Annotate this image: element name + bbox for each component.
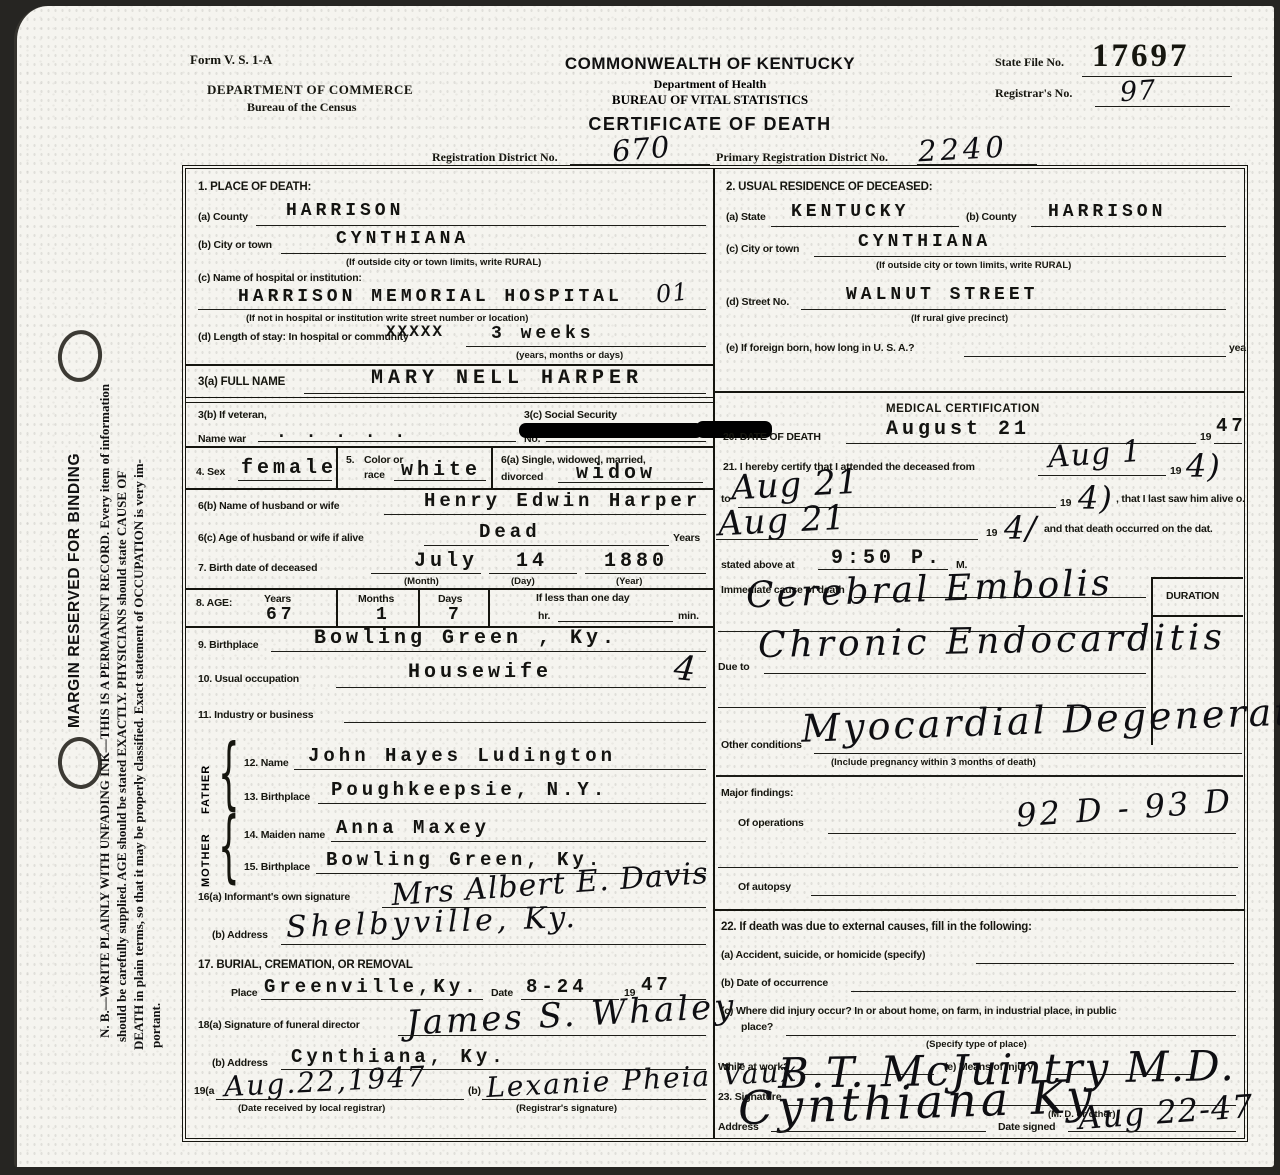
pod-hospital-line	[198, 309, 706, 310]
mother-name-line	[331, 841, 706, 842]
sep-box1-bottom	[186, 364, 713, 366]
occupation-label: 10. Usual occupation	[198, 673, 299, 685]
informant-addr-label: (b) Address	[212, 929, 268, 941]
res-county-label: (b) County	[966, 211, 1017, 223]
registrar-sig-note: (Registrar's signature)	[516, 1103, 617, 1114]
of-autopsy-label: Of autopsy	[738, 881, 791, 893]
dod-line	[846, 443, 1196, 444]
race-value: white	[401, 459, 481, 482]
certificate-title: CERTIFICATE OF DEATH	[450, 114, 970, 135]
from-year-hand: 4)	[1186, 447, 1221, 485]
pod-stay-note: (years, months or days)	[516, 350, 623, 361]
veteran-line	[258, 441, 516, 442]
birthplace-label: 9. Birthplace	[198, 639, 258, 651]
residence-title: 2. USUAL RESIDENCE OF DECEASED:	[726, 181, 932, 193]
age-divider-1	[336, 588, 338, 626]
birth-year-note: (Year)	[616, 576, 642, 587]
res-county-value: HARRISON	[1048, 202, 1166, 222]
funeral-sig-line	[398, 1035, 706, 1036]
age-days-value: 7	[448, 605, 463, 625]
registrar-date-line	[216, 1099, 464, 1100]
age-label: 8. AGE:	[196, 597, 232, 609]
race-number: 5.	[346, 454, 354, 466]
margin-note-line4: portant.	[148, 978, 164, 1048]
mother-name-value: Anna Maxey	[336, 817, 490, 839]
attended-from-line	[1038, 475, 1166, 476]
res-street-line	[801, 309, 1226, 310]
occupation-line	[336, 687, 706, 688]
sep-age-top	[186, 588, 713, 590]
res-foreign-line	[964, 356, 1226, 357]
res-foreign-label: (e) If foreign born, how long in U. S. A…	[726, 342, 914, 354]
veteran-label2: Name war	[198, 433, 246, 445]
certify-text-2: , that I last saw him alive o.	[1116, 493, 1245, 505]
primary-district-value: 2240	[917, 130, 1008, 169]
due-to-label: Due to	[718, 661, 749, 673]
res-foreign-suffix: yea	[1229, 342, 1246, 354]
spouse-age-value: Dead	[479, 521, 541, 543]
father-bp-label: 13. Birthplace	[244, 791, 310, 803]
burial-place-label: Place	[231, 987, 257, 999]
ext-c-line	[786, 1035, 1236, 1036]
place-of-death-title: 1. PLACE OF DEATH:	[198, 181, 311, 193]
pod-city-note: (If outside city or town limits, write R…	[346, 257, 541, 268]
birthdate-label: 7. Birth date of deceased	[198, 562, 317, 574]
date-signed-line	[1068, 1131, 1236, 1132]
dod-value: August 21	[886, 418, 1030, 441]
major-findings-label: Major findings:	[721, 787, 793, 799]
father-name-label: 12. Name	[244, 757, 289, 769]
saw-year-hand: 4/	[1004, 509, 1037, 547]
date-signed-handwriting: Aug 22-47	[1077, 1087, 1255, 1137]
pod-city-value: CYNTHIANA	[336, 229, 469, 249]
birthplace-value: Bowling Green , Ky.	[314, 627, 618, 650]
age-days-label: Days	[438, 593, 462, 605]
due-to-line-1	[764, 673, 1146, 674]
veteran-label: 3(b) If veteran,	[198, 409, 267, 421]
ssn-line	[546, 441, 706, 442]
registrar-label-a: 19(a	[194, 1085, 214, 1097]
res-county-line	[1031, 226, 1226, 227]
birth-month-note: (Month)	[404, 576, 439, 587]
marital-line	[558, 482, 703, 483]
mother-side-label: MOTHER	[200, 817, 212, 887]
father-side-label: FATHER	[200, 744, 212, 814]
birth-day-line	[489, 573, 577, 574]
age-min-label: min.	[678, 610, 699, 622]
duration-label: DURATION	[1166, 590, 1219, 602]
date-signed-label: Date signed	[998, 1121, 1055, 1133]
registrar-label-b: (b)	[468, 1085, 481, 1097]
full-name-label: 3(a) FULL NAME	[198, 376, 285, 388]
margin-binding-text: MARGIN RESERVED FOR BINDING	[66, 383, 84, 728]
dod-year-line	[1214, 443, 1242, 444]
res-city-value: CYNTHIANA	[858, 232, 991, 252]
ext-a-line	[976, 963, 1234, 964]
age-months-value: 1	[376, 605, 391, 625]
bureau-census: Bureau of the Census	[247, 100, 356, 115]
findings-mid-line	[718, 867, 1238, 868]
burial-title: 17. BURIAL, CREMATION, OR REMOVAL	[198, 959, 413, 971]
race-label2: race	[364, 469, 385, 481]
dod-label: 20. DATE OF DEATH	[723, 431, 821, 443]
industry-label: 11. Industry or business	[198, 709, 313, 721]
primary-district-label: Primary Registration District No.	[716, 150, 888, 165]
age-hr-line	[558, 621, 673, 622]
registrar-sig-line	[482, 1099, 706, 1100]
registrar-no-line	[1095, 106, 1230, 107]
spouse-age-line	[424, 545, 669, 546]
findings-top-line	[716, 775, 1243, 777]
to-19: 19	[1060, 497, 1071, 509]
of-operations-label: Of operations	[738, 817, 804, 829]
pod-stay-label: (d) Length of stay: In hospital or commu…	[198, 331, 409, 343]
birthplace-line	[271, 651, 706, 652]
state-file-label: State File No.	[995, 55, 1064, 70]
birth-day-note: (Day)	[511, 576, 535, 587]
of-autopsy-line	[811, 895, 1236, 896]
race-marital-divider	[491, 446, 493, 488]
pod-hospital-hand: 01	[655, 277, 690, 308]
pod-hospital-value: HARRISON MEMORIAL HOSPITAL	[238, 287, 623, 307]
margin-note-line1: N. B.—WRITE PLAINLY WITH UNFADING INK—TH…	[97, 73, 113, 1038]
pod-city-label: (b) City or town	[198, 239, 272, 251]
res-state-label: (a) State	[726, 211, 766, 223]
last-saw-line	[716, 539, 978, 540]
margin-note-line3: DEATH in plain terms, so that it may be …	[131, 55, 147, 1050]
other-conditions-label: Other conditions	[721, 739, 802, 751]
commonwealth-title: COMMONWEALTH OF KENTUCKY	[450, 54, 970, 74]
sep-box2-bottom	[713, 391, 1244, 393]
occupation-hand-mark: 4	[672, 648, 699, 690]
ext-b-line	[851, 991, 1236, 992]
spouse-label: 6(b) Name of husband or wife	[198, 500, 339, 512]
dept-health: Department of Health	[450, 77, 970, 92]
veteran-value: . . . . .	[276, 423, 409, 443]
age-hr-label: hr.	[538, 610, 550, 622]
res-street-label: (d) Street No.	[726, 296, 789, 308]
informant-addr-line	[281, 944, 706, 945]
pod-stay-value: 3 weeks	[491, 324, 595, 344]
industry-line	[344, 722, 706, 723]
mother-brace: {	[218, 801, 240, 893]
funeral-addr-label: (b) Address	[212, 1057, 268, 1069]
age-years-label: Years	[264, 593, 291, 605]
full-name-value: MARY NELL HARPER	[371, 367, 643, 390]
sex-label: 4. Sex	[196, 466, 225, 478]
state-file-number: 17697	[1092, 38, 1190, 75]
res-state-line	[771, 226, 959, 227]
other-conditions-line	[814, 753, 1242, 754]
pod-county-line	[256, 225, 706, 226]
saw-19: 19	[986, 527, 997, 539]
ext-b-label: (b) Date of occurrence	[721, 977, 828, 989]
state-file-line	[1082, 76, 1232, 77]
last-saw-hand: Aug 21	[717, 498, 847, 545]
pod-city-line	[281, 253, 706, 254]
duration-box: DURATION	[1151, 577, 1243, 617]
race-line	[394, 480, 486, 481]
res-street-value: WALNUT STREET	[846, 285, 1038, 305]
spouse-age-suffix: Years	[673, 532, 700, 544]
scanned-death-certificate: MARGIN RESERVED FOR BINDING N. B.—WRITE …	[0, 0, 1280, 1175]
certificate-body: 1. PLACE OF DEATH: (a) County HARRISON (…	[185, 168, 1245, 1139]
race-label: Color or	[364, 454, 403, 466]
header-center: COMMONWEALTH OF KENTUCKY Department of H…	[450, 54, 970, 135]
birth-month-value: July	[414, 550, 478, 573]
pod-stay-line	[466, 346, 706, 347]
occupation-value: Housewife	[408, 661, 552, 684]
of-operations-line	[828, 833, 1236, 834]
bureau-vital: BUREAU OF VITAL STATISTICS	[450, 92, 970, 108]
sex-value: female	[241, 457, 337, 480]
ssn-redaction-bar	[519, 423, 703, 438]
birth-month-line	[371, 573, 481, 574]
dod-19: 19	[1200, 431, 1211, 443]
mother-name-label: 14. Maiden name	[244, 829, 325, 841]
birth-day-value: 14	[516, 550, 548, 573]
physician-addr-line	[771, 1131, 986, 1132]
reg-district-value: 670	[611, 130, 672, 169]
age-less-label: If less than one day	[536, 592, 629, 604]
informant-address: Shelbyville, Ky.	[285, 900, 579, 945]
margin-note-line2: should be carefully supplied. AGE should…	[114, 77, 130, 1042]
other-conditions-note: (Include pregnancy within 3 months of de…	[831, 757, 1036, 768]
pod-stay-x: XXXXX	[386, 323, 444, 341]
mother-bp-label: 15. Birthplace	[244, 861, 310, 873]
medical-title: MEDICAL CERTIFICATION	[886, 403, 1040, 415]
res-city-line	[814, 256, 1226, 257]
age-months-label: Months	[358, 593, 394, 605]
ext-a-label: (a) Accident, suicide, or homicide (spec…	[721, 949, 925, 961]
attended-from-hand: Aug 1	[1047, 434, 1143, 475]
pod-county-label: (a) County	[198, 211, 248, 223]
ssn-label: 3(c) Social Security	[524, 409, 617, 421]
ext-c-label-1: (c) Where did injury occur? In or about …	[721, 1005, 1116, 1017]
to-year-hand: 4)	[1078, 479, 1113, 517]
birth-year-line	[585, 573, 706, 574]
father-name-value: John Hayes Ludington	[308, 745, 616, 767]
age-divider-3	[488, 588, 490, 626]
sep-veteran-bottom	[186, 446, 713, 448]
res-street-note: (If rural give precinct)	[911, 313, 1008, 324]
res-city-label: (c) City or town	[726, 243, 799, 255]
dept-commerce: DEPARTMENT OF COMMERCE	[207, 82, 413, 98]
cause-handwriting: Cerebral Embolis	[745, 563, 1113, 617]
informant-sig-label: 16(a) Informant's own signature	[198, 891, 350, 903]
form-number: Form V. S. 1-A	[190, 52, 272, 68]
registrar-date-note: (Date received by local registrar)	[238, 1103, 385, 1114]
time-of-death-value: 9:50 P.	[831, 547, 943, 570]
pod-hospital-label: (c) Name of hospital or institution:	[198, 272, 362, 284]
father-bp-line	[318, 803, 706, 804]
registrar-no-label: Registrar's No.	[995, 86, 1072, 101]
burial-place-line	[261, 999, 483, 1000]
certify-text-3: and that death occurred on the dat.	[1044, 523, 1213, 535]
reg-district-label: Registration District No.	[432, 150, 558, 165]
external-title: 22. If death was due to external causes,…	[721, 921, 1032, 933]
from-19: 19	[1170, 465, 1181, 477]
age-years-value: 67	[266, 605, 296, 625]
due-to-handwriting: Chronic Endocarditis	[758, 617, 1227, 666]
ext-c-label-2: place?	[741, 1021, 773, 1033]
father-name-line	[294, 769, 706, 770]
age-divider-2	[418, 588, 420, 626]
burial-place-value: Greenville,Ky.	[264, 976, 480, 998]
registrar-no-value: 97	[1119, 75, 1157, 108]
other-conditions-handwriting: Myocardial Degeneration	[800, 687, 1280, 751]
funeral-sig-label: 18(a) Signature of funeral director	[198, 1019, 360, 1031]
sep-name-bottom	[186, 397, 713, 403]
stated-above-label: stated above at	[721, 559, 794, 571]
sex-line	[238, 480, 332, 481]
spouse-age-label: 6(c) Age of husband or wife if alive	[198, 532, 364, 544]
spouse-value: Henry Edwin Harper	[424, 490, 701, 512]
birth-year-value: 1880	[604, 550, 668, 573]
res-state-value: KENTUCKY	[791, 202, 909, 222]
full-name-line	[304, 393, 706, 394]
pod-county-value: HARRISON	[286, 201, 404, 221]
operations-handwriting: 92 D - 93 D	[1015, 781, 1234, 834]
dod-year-value: 47	[1216, 415, 1247, 437]
spouse-line	[384, 514, 706, 515]
marital-label2: divorced	[501, 471, 543, 483]
father-bp-value: Poughkeepsie, N.Y.	[331, 779, 608, 801]
res-city-note: (If outside city or town limits, write R…	[876, 260, 1071, 271]
sep-external-top	[713, 909, 1244, 911]
